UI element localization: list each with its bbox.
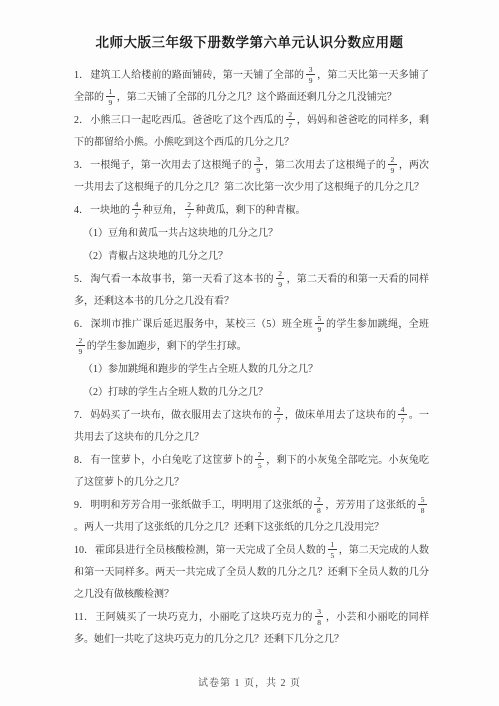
question-paragraph: 10．霍邱县进行全员核酸检测，第一天完成了全员人数的15，第二天完成的人数和第一…	[74, 540, 429, 606]
fraction: 39	[254, 155, 263, 175]
fraction-numerator: 3	[315, 607, 324, 618]
question-paragraph: 3．一根绳子，第一次用去了这根绳子的39，第二次用去了这根绳子的29，两次一共用…	[74, 155, 429, 199]
fraction-numerator: 5	[315, 314, 324, 325]
fraction-numerator: 2	[185, 200, 194, 211]
fraction-denominator: 9	[315, 324, 324, 334]
question-text: 有一筐萝卜，小白兔吃了这筐萝卜的	[90, 455, 253, 466]
fraction-denominator: 5	[328, 550, 337, 560]
fraction: 39	[306, 65, 315, 85]
question-text: 的学生参加跑步，剩下的学生打球。	[87, 341, 247, 352]
question-text: 妈妈买了一块布，做衣服用去了这块布的	[90, 410, 272, 421]
fraction-denominator: 9	[388, 165, 397, 175]
question-text: 明明和芳芳合用一张纸做手工，明明用了这张纸的	[90, 500, 312, 511]
question-number: 8．	[74, 455, 89, 466]
fraction-denominator: 9	[106, 97, 115, 107]
fraction-denominator: 9	[276, 279, 285, 289]
fraction-numerator: 5	[418, 495, 427, 506]
fraction: 27	[185, 200, 194, 220]
question-text: 一块地的	[90, 205, 130, 216]
fraction: 27	[274, 405, 283, 425]
fraction-numerator: 4	[132, 200, 141, 211]
fraction-numerator: 2	[314, 495, 323, 506]
question-number: 10．	[74, 545, 94, 556]
fraction: 29	[388, 155, 397, 175]
fraction-denominator: 7	[185, 210, 194, 220]
fraction: 59	[315, 314, 324, 334]
fraction-denominator: 7	[286, 120, 295, 130]
worksheet-page: 北师大版三年级下册数学第六单元认识分数应用题 1．建筑工人给楼前的路面铺砖，第一…	[0, 31, 499, 651]
question-text: 种豆角，	[143, 205, 183, 216]
question-number: 1．	[74, 70, 89, 81]
question-number: 3．	[74, 160, 89, 171]
fraction-numerator: 1	[106, 87, 115, 98]
fraction: 25	[255, 450, 264, 470]
question-text: 王阿姨买了一块巧克力，小丽吃了这块巧克力的	[95, 612, 312, 623]
page-footer: 试卷第 1 页，共 2 页	[0, 674, 499, 689]
fraction-numerator: 2	[76, 336, 85, 347]
question-number: 7．	[74, 410, 89, 421]
question-paragraph: 5．淘气看一本故事书，第一天看了这本书的29，第二天看的和第一天看的同样多，还剩…	[74, 269, 429, 313]
question-text: 建筑工人给楼前的路面铺砖，第一天铺了全部的	[90, 70, 304, 81]
question-number: 4．	[74, 205, 89, 216]
fraction-numerator: 3	[306, 65, 315, 76]
question-text: 淘气看一本故事书，第一天看了这本书的	[90, 274, 273, 285]
question-number: 5．	[74, 274, 89, 285]
question-paragraph: 9．明明和芳芳合用一张纸做手工，明明用了这张纸的28，芳芳用了这张纸的58。两人…	[74, 495, 429, 539]
fraction: 58	[418, 495, 427, 515]
fraction-denominator: 8	[314, 505, 323, 515]
fraction-numerator: 2	[274, 405, 283, 416]
fraction: 38	[315, 607, 324, 627]
question-text: 深圳市推广课后延迟服务中，某校三（5）班全班	[91, 319, 313, 330]
question-number: 11．	[74, 612, 94, 623]
fraction-denominator: 8	[418, 505, 427, 515]
fraction: 28	[314, 495, 323, 515]
fraction-denominator: 9	[254, 165, 263, 175]
question-paragraph: 7．妈妈买了一块布，做衣服用去了这块布的27，做床单用去了这块布的47。一共用去…	[74, 405, 429, 449]
sub-question: （1）豆角和黄瓜一共占这块地的几分之几？	[74, 223, 429, 245]
fraction: 29	[76, 336, 85, 356]
fraction: 19	[106, 87, 115, 107]
question-number: 2．	[74, 115, 89, 126]
sub-question: （2）打球的学生占全班人数的几分之几？	[74, 382, 429, 404]
question-list: 1．建筑工人给楼前的路面铺砖，第一天铺了全部的39，第二天比第一天多铺了全部的1…	[0, 65, 499, 651]
fraction-numerator: 4	[398, 405, 407, 416]
fraction: 27	[286, 110, 295, 130]
question-paragraph: 1．建筑工人给楼前的路面铺砖，第一天铺了全部的39，第二天比第一天多铺了全部的1…	[74, 65, 429, 109]
fraction: 47	[132, 200, 141, 220]
fraction-denominator: 8	[315, 617, 324, 627]
question-paragraph: 6．深圳市推广课后延迟服务中，某校三（5）班全班59的学生参加跳绳，全班29的学…	[74, 314, 429, 358]
question-text: ，第二次用去了这根绳子的	[265, 160, 386, 171]
fraction-numerator: 2	[286, 110, 295, 121]
fraction-denominator: 7	[274, 415, 283, 425]
question-number: 9．	[74, 500, 89, 511]
fraction-numerator: 2	[255, 450, 264, 461]
fraction-numerator: 2	[276, 269, 285, 280]
question-text: 一根绳子，第一次用去了这根绳子的	[90, 160, 252, 171]
question-paragraph: 8．有一筐萝卜，小白兔吃了这筐萝卜的25，剩下的小灰兔全部吃完。小灰兔吃了这筐萝…	[74, 450, 429, 494]
page-title: 北师大版三年级下册数学第六单元认识分数应用题	[0, 31, 499, 51]
fraction: 15	[328, 540, 337, 560]
question-paragraph: 2．小熊三口一起吃西瓜。爸爸吃了这个西瓜的27，妈妈和爸爸吃的同样多，剩下的都留…	[74, 110, 429, 154]
question-text: 的学生参加跳绳，全班	[326, 319, 429, 330]
question-paragraph: 11．王阿姨买了一块巧克力，小丽吃了这块巧克力的38，小芸和小丽吃的同样多。她们…	[74, 607, 429, 651]
question-text: 霍邱县进行全员核酸检测，第一天完成了全员人数的	[95, 545, 326, 556]
fraction-denominator: 9	[306, 75, 315, 85]
question-paragraph: 4．一块地的47种豆角，27种黄瓜，剩下的种青椒。	[74, 200, 429, 222]
fraction-numerator: 2	[388, 155, 397, 166]
question-text: ，第二天铺了全部的几分之几？这个路面还剩几分之几没铺完？	[117, 92, 397, 103]
question-number: 6．	[74, 319, 90, 330]
fraction-denominator: 7	[398, 415, 407, 425]
fraction-numerator: 1	[328, 540, 337, 551]
fraction: 29	[276, 269, 285, 289]
question-text: 种黄瓜，剩下的种青椒。	[196, 205, 306, 216]
fraction: 47	[398, 405, 407, 425]
question-text: 小熊三口一起吃西瓜。爸爸吃了这个西瓜的	[90, 115, 284, 126]
sub-question: （2）青椒占这块地的几分之几？	[74, 246, 429, 268]
sub-question: （1）参加跳绳和跑步的学生占全班人数的几分之几？	[74, 359, 429, 381]
fraction-numerator: 3	[254, 155, 263, 166]
fraction-denominator: 5	[255, 460, 264, 470]
question-text: ，做床单用去了这块布的	[285, 410, 396, 421]
question-text: 。两人一共用了这张纸的几分之几？还剩下这张纸的几分之几没用完？	[74, 522, 384, 533]
fraction-denominator: 7	[132, 210, 141, 220]
fraction-denominator: 9	[76, 346, 85, 356]
question-text: ，芳芳用了这张纸的	[325, 500, 416, 511]
